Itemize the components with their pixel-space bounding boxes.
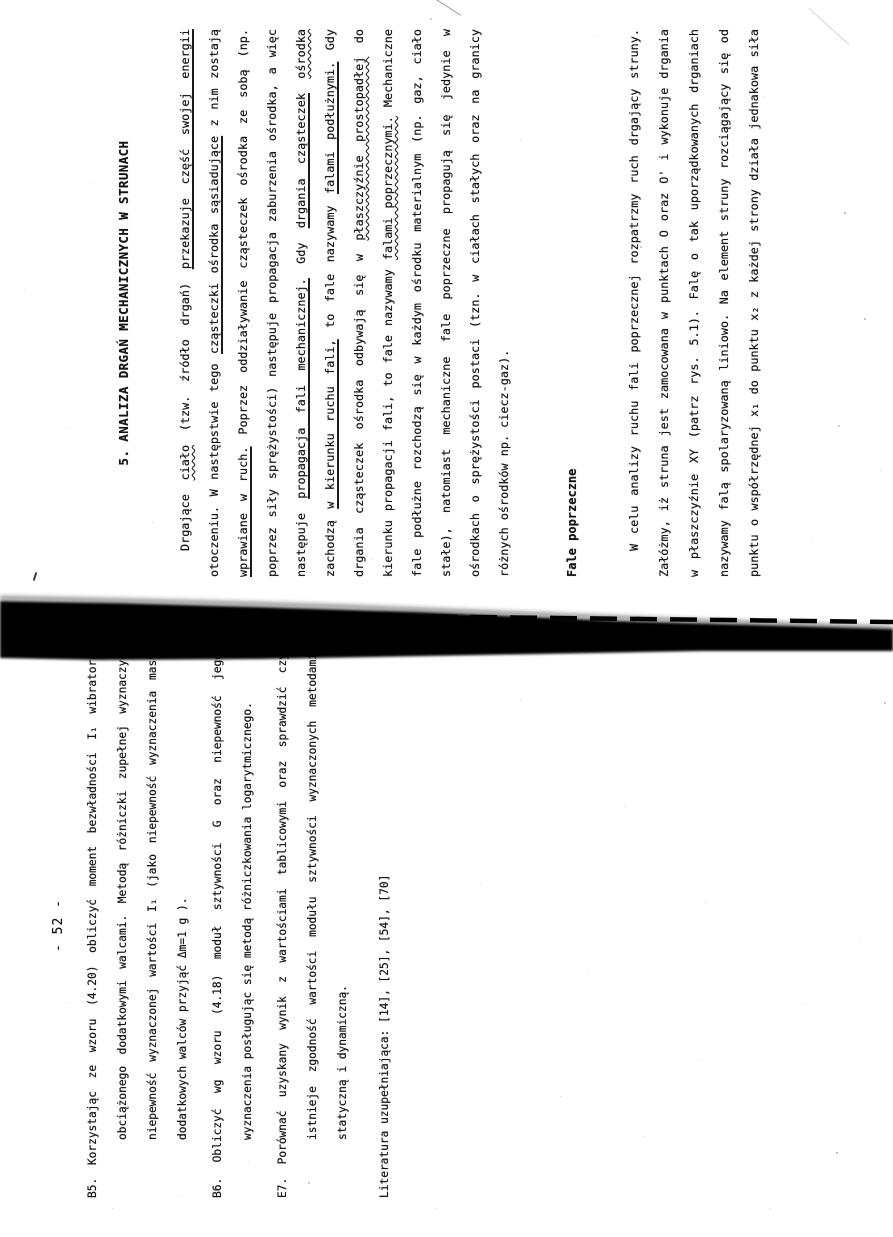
- section-heading-fale-poprzeczne: Fale poprzeczne: [564, 29, 580, 577]
- scan-speck: [308, 1182, 310, 1184]
- text-line: niepewność wyznaczonej wartości I₁ (jako…: [138, 653, 168, 1198]
- scan-speck: [802, 1004, 803, 1005]
- exercise-items: B5. Korzystając ze wzoru (4.20) obliczyć…: [78, 653, 358, 1198]
- literature-line: Literatura uzupełniająca: [14], [25], [5…: [370, 653, 400, 1198]
- paragraph-waves-intro: Drgające ciało (tzw. źródło drgań) przek…: [171, 29, 519, 577]
- scan-speck: [597, 36, 598, 37]
- text-line: B5. Korzystając ze wzoru (4.20) obliczyć…: [78, 653, 108, 1198]
- text-line: wyznaczenia posługując się metodą różnic…: [233, 653, 263, 1198]
- scan-speck: [520, 700, 521, 701]
- scan-speck: [838, 425, 840, 427]
- scan-scratch: [33, 572, 38, 581]
- page-number: - 52 -: [50, 653, 68, 1198]
- scan-scratch: [809, 8, 850, 45]
- text-line: punktu o współrzędnej x₁ do punktu x₂ z …: [739, 29, 769, 577]
- text-line: wprawiane w ruch. Poprzez oddziaływanie …: [229, 29, 258, 577]
- scanned-document: 5. ANALIZA DRGAŃ MECHANICZNYCH W STRUNAC…: [0, 0, 893, 1237]
- scan-speck: [770, 1208, 771, 1209]
- scan-speck: [644, 1136, 645, 1137]
- scan-speck: [764, 96, 765, 97]
- scan-speck: [706, 902, 707, 903]
- text-line: W celu analizy ruchu fali poprzecznej ro…: [619, 29, 649, 577]
- scan-speck: [480, 884, 481, 885]
- text-line: obciążonego dodatkowymi walcami. Metodą …: [108, 653, 138, 1198]
- text-line: dodatkowych walców przyjąć Δm=1 g ).: [168, 653, 198, 1198]
- text-line: różnych ośrodków np. ciecz-gaz).: [490, 29, 519, 577]
- text-line: fale podłużne rozchodzą się w każdym ośr…: [403, 29, 432, 577]
- exercise-item: E7. Porównać uzyskany wynik z wartościam…: [268, 653, 358, 1198]
- text-line: ośrodkach o sprężystości postaci (tzn. w…: [461, 29, 490, 577]
- text-line: otoczeniu. W następstwie tego cząsteczki…: [200, 29, 229, 577]
- scan-speck: [624, 806, 625, 807]
- text-line: drgania cząsteczek ośrodka odbywają się …: [345, 29, 374, 577]
- text-line: Drgające ciało (tzw. źródło drgań) przek…: [171, 29, 200, 577]
- text-line: następuje propagacja fali mechanicznej. …: [287, 29, 316, 577]
- scan-speck: [836, 1152, 838, 1154]
- scan-speck: [864, 318, 866, 320]
- text-line: zachodzą w kierunku ruchu fali, to fale …: [316, 29, 345, 577]
- scan-speck: [350, 1120, 351, 1121]
- scan-speck: [112, 1208, 113, 1209]
- text-line: Załóżmy, iż struna jest zamocowana w pun…: [649, 29, 679, 577]
- scan-speck: [700, 1060, 701, 1061]
- scan-speck: [250, 557, 251, 558]
- scan-speck: [430, 18, 432, 20]
- scan-speck: [66, 428, 67, 429]
- scan-speck: [812, 540, 813, 541]
- scan-speck: [588, 972, 589, 973]
- text-line: poprzez siły sprężystości) następuje pro…: [258, 29, 287, 577]
- scan-speck: [640, 246, 642, 248]
- scan-speck: [860, 940, 861, 941]
- scan-speck: [520, 140, 521, 141]
- paragraph-transverse-waves: W celu analizy ruchu fali poprzecznej ro…: [619, 29, 769, 577]
- scan-speck: [180, 1196, 181, 1197]
- scan-speck: [560, 1096, 561, 1097]
- scan-speck: [152, 522, 153, 523]
- scan-speck: [303, 99, 305, 101]
- scan-speck: [248, 1162, 249, 1163]
- text-line: E7. Porównać uzyskany wynik z wartościam…: [268, 653, 298, 1198]
- scan-speck: [436, 1208, 437, 1209]
- scan-speck: [884, 702, 886, 704]
- page-52: - 52 - B5. Korzystając ze wzoru (4.20) o…: [48, 653, 488, 1198]
- scan-speck: [24, 290, 25, 291]
- scan-speck: [455, 86, 456, 87]
- chapter-title: 5. ANALIZA DRGAŃ MECHANICZNYCH W STRUNAC…: [116, 29, 131, 577]
- scan-speck: [880, 470, 881, 471]
- text-line: nazywamy falą spolaryzowaną liniowo. Na …: [709, 29, 739, 577]
- exercise-item: B6. Obliczyć wg wzoru (4.18) moduł sztyw…: [203, 653, 263, 1198]
- scan-speck: [66, 1002, 67, 1003]
- text-line: stałe), natomiast mechaniczne fale poprz…: [432, 29, 461, 577]
- text-line: istnieje zgodność wartości modułu sztywn…: [298, 653, 328, 1198]
- text-line: w płaszczyźnie XY (patrz rys. 5.1). Falę…: [679, 29, 709, 577]
- text-line: statyczną i dynamiczną.: [328, 653, 358, 1198]
- text-line: kierunku propagacji fali, to fale nazywa…: [374, 29, 403, 577]
- scan-speck: [844, 212, 846, 214]
- scan-speck: [92, 182, 93, 183]
- book-gutter-shadow: [0, 585, 893, 680]
- page-chapter-5: 5. ANALIZA DRGAŃ MECHANICZNYCH W STRUNAC…: [104, 29, 804, 577]
- text-line: B6. Obliczyć wg wzoru (4.18) moduł sztyw…: [203, 653, 233, 1198]
- exercise-item: B5. Korzystając ze wzoru (4.20) obliczyć…: [78, 653, 198, 1198]
- scan-scratch: [427, 0, 461, 16]
- scan-speck: [372, 559, 373, 560]
